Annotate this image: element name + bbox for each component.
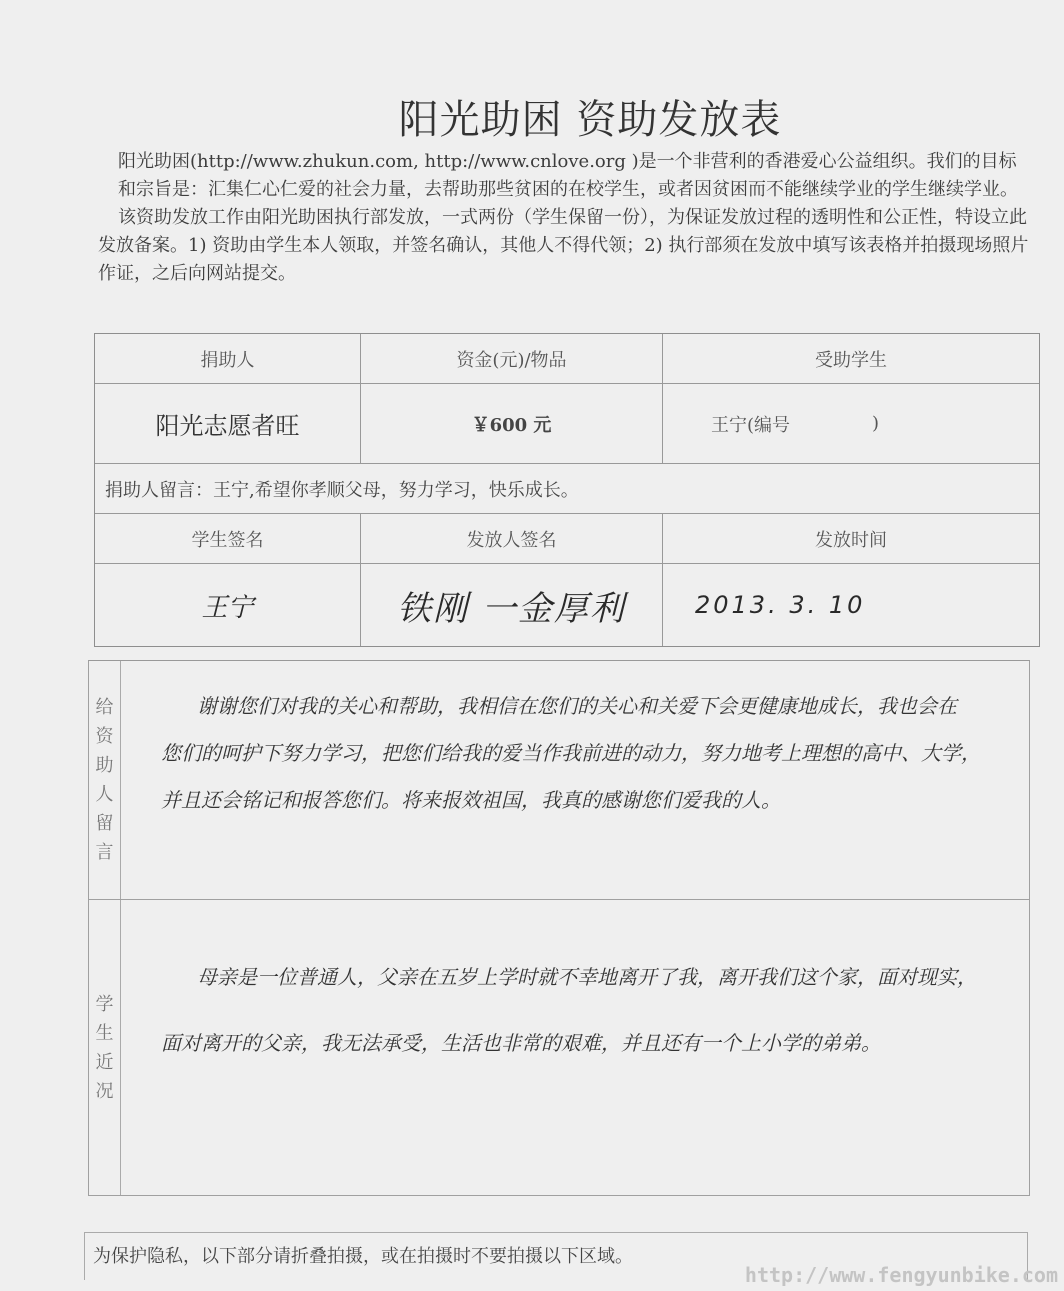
- status-message-body: 母亲是一位普通人，父亲在五岁上学时就不幸地离开了我，离开我们这个家，面对现实， …: [121, 900, 1029, 1195]
- student-name-cell: 王宁(编号 ): [663, 384, 1039, 463]
- donor-message: 捐助人留言：王宁,希望你孝顺父母，努力学习，快乐成长。: [95, 464, 1039, 514]
- label-char: 学: [96, 990, 114, 1019]
- label-char: 近: [96, 1048, 114, 1077]
- label-char: 生: [96, 1019, 114, 1048]
- header-issuer-signature: 发放人签名: [361, 514, 663, 563]
- donation-amount: ￥600 元: [361, 384, 663, 463]
- status-section-label: 学 生 近 况: [89, 900, 121, 1195]
- label-char: 资: [96, 722, 114, 751]
- label-char: 给: [96, 693, 114, 722]
- handwritten-line: 您们的呵护下努力学习，把您们给我的爱当作我前进的动力，努力地考上理想的高中、大学…: [161, 730, 1009, 777]
- issue-date: 2013. 3. 10: [663, 564, 1039, 646]
- handwritten-line: 谢谢您们对我的关心和帮助，我相信在您们的关心和关爱下会更健康地成长，我也会在: [161, 683, 1009, 730]
- student-id-close: ): [872, 413, 879, 434]
- thanks-to-donor-section: 给 资 助 人 留 言 谢谢您们对我的关心和帮助，我相信在您们的关心和关爱下会更…: [88, 660, 1030, 900]
- label-char: 人: [96, 780, 114, 809]
- intro-paragraph-2: 该资助发放工作由阳光助困执行部发放，一式两份（学生保留一份），为保证发放过程的透…: [98, 204, 1034, 288]
- handwritten-line: 母亲是一位普通人，父亲在五岁上学时就不幸地离开了我，离开我们这个家，面对现实，: [161, 944, 1009, 1010]
- header-student-signature: 学生签名: [95, 514, 361, 563]
- label-char: 言: [96, 838, 114, 867]
- label-char: 况: [96, 1077, 114, 1106]
- thanks-message-body: 谢谢您们对我的关心和帮助，我相信在您们的关心和关爱下会更健康地成长，我也会在 您…: [121, 661, 1029, 899]
- handwritten-line: 并且还会铭记和报答您们。将来报效祖国，我真的感谢您们爱我的人。: [161, 777, 1009, 824]
- label-char: 留: [96, 809, 114, 838]
- donor-name: 阳光志愿者旺: [95, 384, 361, 463]
- header-student: 受助学生: [663, 334, 1039, 383]
- issuer-signature: 铁刚 一金厚利: [361, 564, 663, 646]
- table-row-donor: 阳光志愿者旺 ￥600 元 王宁(编号 ): [95, 384, 1039, 464]
- header-amount: 资金(元)/物品: [361, 334, 663, 383]
- student-name: 王宁(编号: [711, 411, 790, 437]
- page-title: 阳光助困 资助发放表: [0, 88, 1064, 145]
- thanks-section-label: 给 资 助 人 留 言: [89, 661, 121, 899]
- handwritten-line: 面对离开的父亲，我无法承受，生活也非常的艰难，并且还有一个上小学的弟弟。: [161, 1010, 1009, 1076]
- label-char: 助: [96, 751, 114, 780]
- header-issue-time: 发放时间: [663, 514, 1039, 563]
- disbursement-table: 捐助人 资金(元)/物品 受助学生 阳光志愿者旺 ￥600 元 王宁(编号 ) …: [94, 333, 1040, 647]
- student-status-section: 学 生 近 况 母亲是一位普通人，父亲在五岁上学时就不幸地离开了我，离开我们这个…: [88, 900, 1030, 1196]
- intro-paragraph-1: 阳光助困(http://www.zhukun.com, http://www.c…: [118, 148, 1034, 204]
- student-signature: 王宁: [95, 564, 361, 646]
- intro-text: 阳光助困(http://www.zhukun.com, http://www.c…: [120, 148, 1034, 288]
- signature-header-row: 学生签名 发放人签名 发放时间: [95, 514, 1039, 564]
- signature-row: 王宁 铁刚 一金厚利 2013. 3. 10: [95, 564, 1039, 646]
- watermark: http://www.fengyunbike.com: [745, 1263, 1058, 1287]
- table-header-row: 捐助人 资金(元)/物品 受助学生: [95, 334, 1039, 384]
- header-donor: 捐助人: [95, 334, 361, 383]
